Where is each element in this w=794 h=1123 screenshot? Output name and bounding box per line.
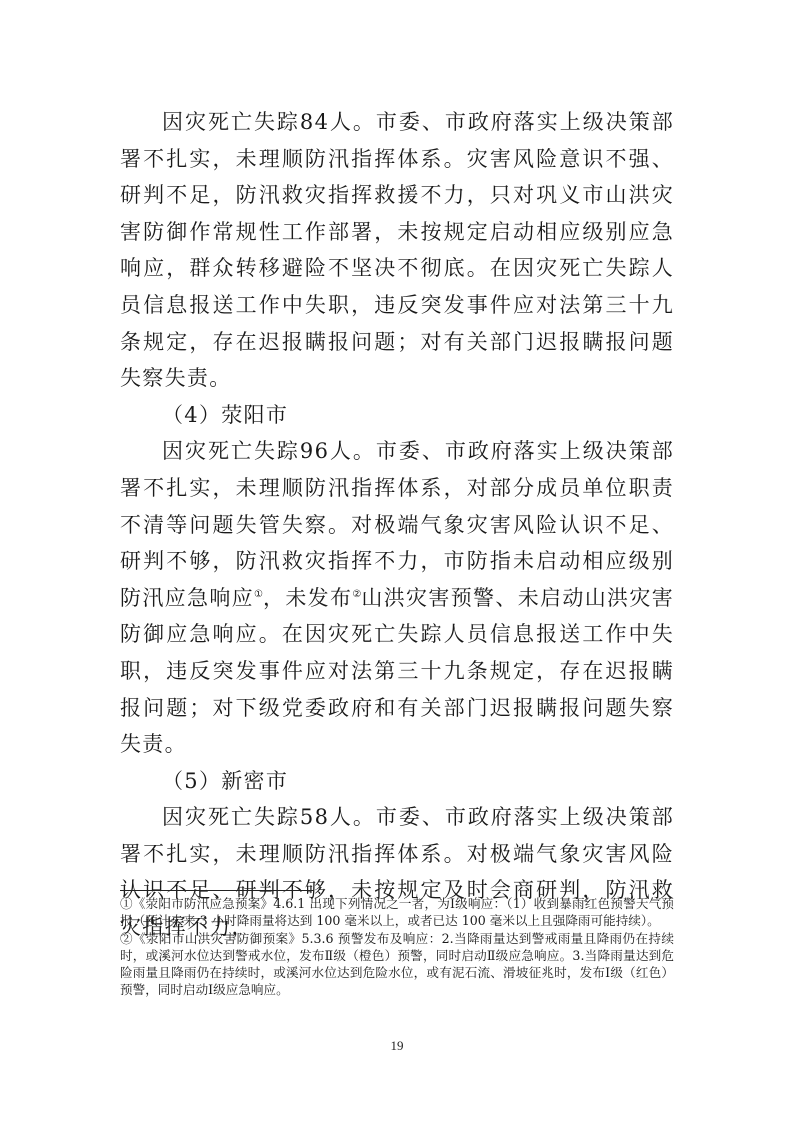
footnote-text: 《荥阳市山洪灾害防御预案》5.3.6 预警发布及响应：2.当降雨量达到警戒雨量且… [120,931,674,998]
body-text: 因灾死亡失踪84人。市委、市政府落实上级决策部署不扎实，未理顺防汛指挥体系。灾害… [120,104,674,946]
footnote-marker: ② [120,931,133,946]
footnote-2: ②《荥阳市山洪灾害防御预案》5.3.6 预警发布及响应：2.当降雨量达到警戒雨量… [120,930,674,999]
footnote-1: ①《荥阳市防汛应急预案》4.6.1 出现下列情况之一者，为Ⅰ级响应：（1）收到暴… [120,895,674,930]
paragraph-text: 山洪灾害预警、未启动山洪灾害防御应急响应。在因灾死亡失踪人员信息报送工作中失职，… [120,586,674,756]
footnote-marker: ① [120,896,133,911]
section-heading-xinmi: （5）新密市 [120,763,674,800]
footnote-divider [120,890,314,891]
section-heading-xingyang: （4）荥阳市 [120,397,674,434]
footnote-ref-1[interactable]: ① [254,589,263,600]
footnote-ref-2[interactable]: ② [352,589,361,600]
paragraph-gongyi-summary: 因灾死亡失踪84人。市委、市政府落实上级决策部署不扎实，未理顺防汛指挥体系。灾害… [120,104,674,397]
paragraph-xingyang: 因灾死亡失踪96人。市委、市政府落实上级决策部署不扎实，未理顺防汛指挥体系，对部… [120,433,674,762]
footnote-area: ①《荥阳市防汛应急预案》4.6.1 出现下列情况之一者，为Ⅰ级响应：（1）收到暴… [120,890,674,999]
paragraph-text: ，未发布 [263,586,352,610]
page-number: 19 [0,1038,794,1054]
document-page: 因灾死亡失踪84人。市委、市政府落实上级决策部署不扎实，未理顺防汛指挥体系。灾害… [0,0,794,1123]
paragraph-text: 因灾死亡失踪96人。市委、市政府落实上级决策部署不扎实，未理顺防汛指挥体系，对部… [120,439,674,609]
footnote-text: 《荥阳市防汛应急预案》4.6.1 出现下列情况之一者，为Ⅰ级响应：（1）收到暴雨… [120,896,674,928]
